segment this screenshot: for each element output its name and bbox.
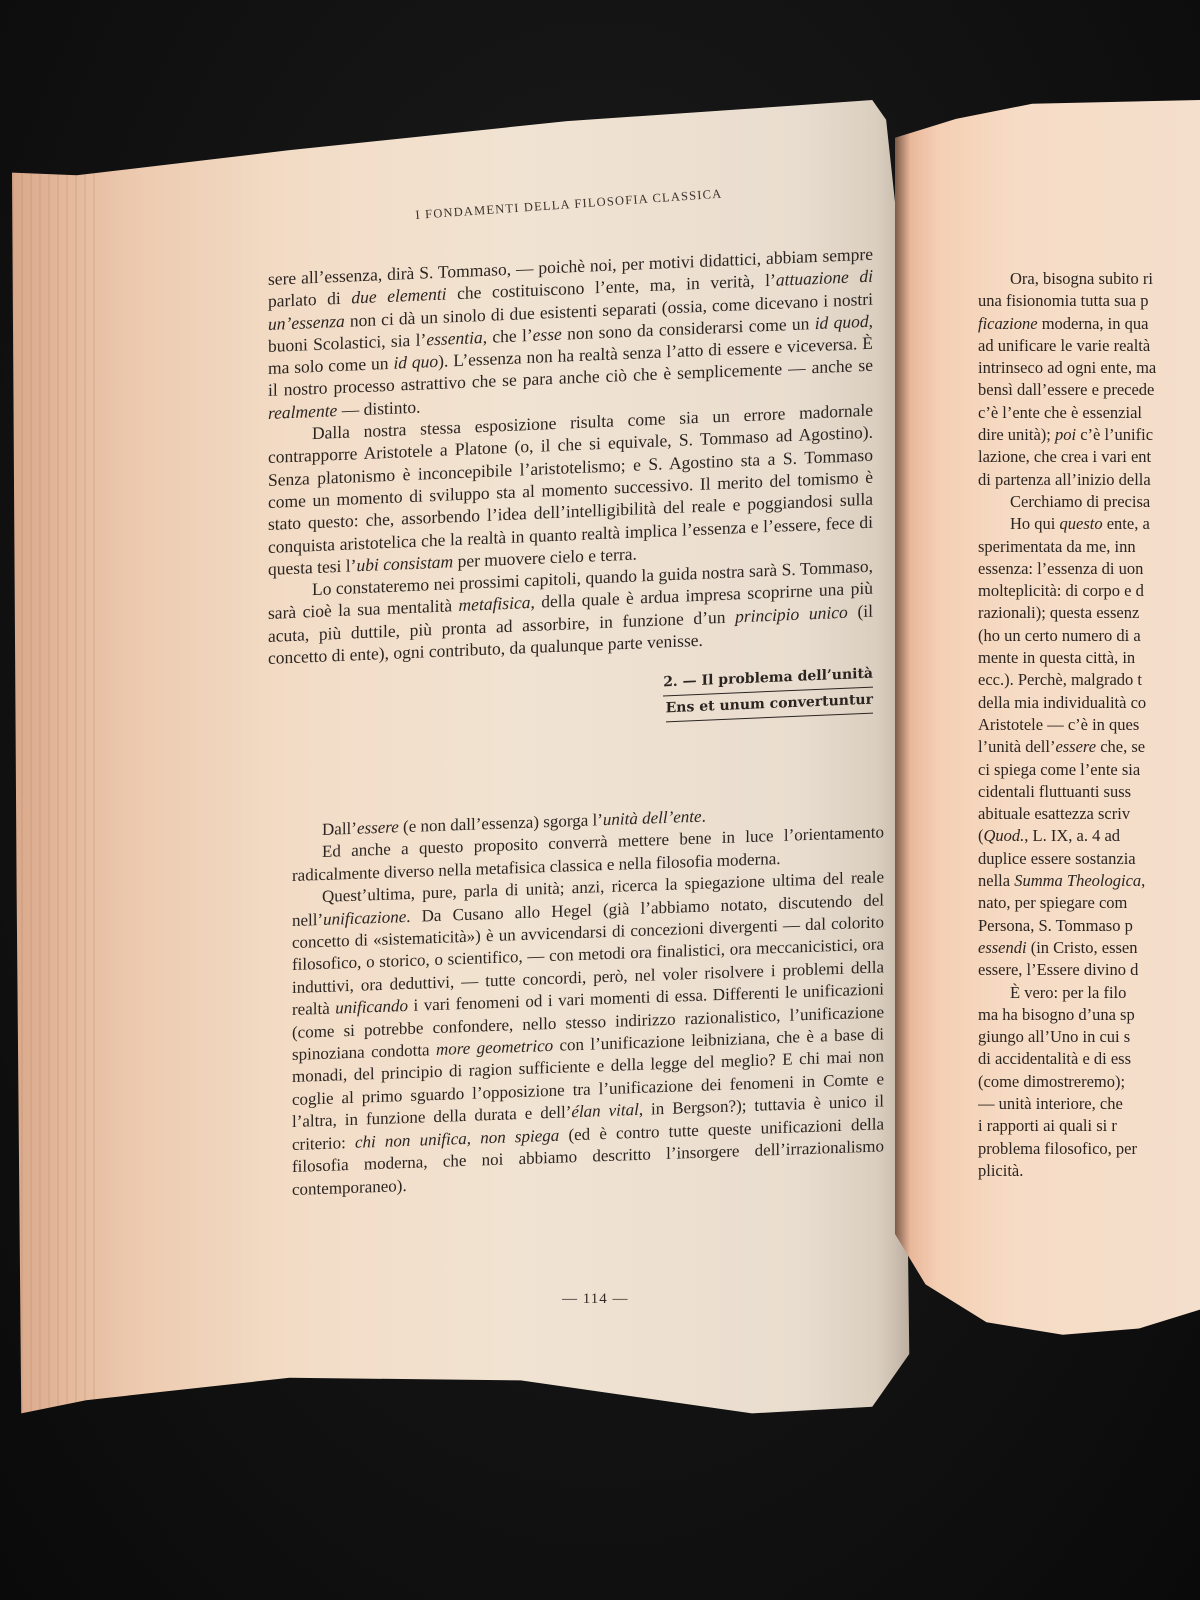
italic-text: essere — [1055, 737, 1096, 756]
text-line: ecc.). Perchè, malgrado t — [978, 669, 1200, 691]
text-line: Ho qui questo ente, a — [978, 513, 1200, 535]
italic-text: Quod. — [984, 826, 1025, 845]
italic-text: id quod — [815, 311, 869, 333]
text-run: razionali); questa essenz — [978, 603, 1139, 622]
text-run: abituale esattezza scriv — [978, 804, 1130, 823]
italic-text: due elementi — [351, 284, 446, 308]
text-run: mente in questa città, in — [978, 648, 1135, 667]
text-line: ma ha bisogno d’una sp — [978, 1004, 1200, 1026]
text-line: i rapporti ai quali si r — [978, 1115, 1200, 1137]
text-run: ma ha bisogno d’una sp — [978, 1005, 1135, 1024]
italic-text: essendi — [978, 938, 1027, 957]
text-line: c’è l’ente che è essenzial — [978, 402, 1200, 424]
text-run: della mia individualità co — [978, 693, 1146, 712]
text-line: ficazione moderna, in qua — [978, 313, 1200, 335]
text-line: — unità interiore, che — [978, 1093, 1200, 1115]
text-line: essendi (in Cristo, essen — [978, 937, 1200, 959]
italic-text: ubi consistam — [356, 551, 453, 575]
text-line: nella Summa Theologica, — [978, 870, 1200, 892]
text-run: essere, l’Essere divino d — [978, 960, 1138, 979]
text-line: della mia individualità co — [978, 692, 1200, 714]
text-run: che, se — [1096, 737, 1145, 756]
text-line: cidentali fluttuanti suss — [978, 781, 1200, 803]
italic-text: id quo — [393, 351, 438, 373]
italic-text: questo — [1060, 514, 1103, 533]
text-line: dire unità); poi c’è l’unific — [978, 424, 1200, 446]
text-run: l’unità dell’ — [978, 737, 1055, 756]
text-line: essenza: l’essenza di uon — [978, 558, 1200, 580]
text-line: essere, l’Essere divino d — [978, 959, 1200, 981]
text-line: abituale esattezza scriv — [978, 803, 1200, 825]
text-line: di accidentalità e di ess — [978, 1048, 1200, 1070]
italic-text: unificazione — [323, 907, 406, 929]
italic-text: essere — [357, 817, 399, 837]
paragraphs-bottom: Dall’essere (e non dall’essenza) sgorga … — [292, 799, 884, 1201]
italic-text: more geometrico — [436, 1036, 553, 1059]
left-page-body-top: sere all’essenza, dirà S. Tommaso, — poi… — [268, 243, 873, 786]
paragraphs-top: sere all’essenza, dirà S. Tommaso, — poi… — [268, 243, 873, 670]
text-run: , L. IX, a. 4 ad — [1024, 826, 1120, 845]
text-line: ad unificare le varie realtà — [978, 335, 1200, 357]
page-number: — 114 — — [562, 1291, 628, 1308]
text-run: essenza: l’essenza di uon — [978, 559, 1143, 578]
italic-text: chi non unifica, non spiega — [355, 1125, 559, 1151]
text-run: molteplicità: di corpo e d — [978, 581, 1144, 600]
text-line: ci spiega come l’ente sia — [978, 759, 1200, 781]
text-line: giungo all’Uno in cui s — [978, 1026, 1200, 1048]
text-line: bensì dall’essere e precede — [978, 379, 1200, 401]
text-run: — unità interiore, che — [978, 1094, 1123, 1113]
text-line: intrinseco ad ogni ente, ma — [978, 357, 1200, 379]
text-run: (ho un certo numero di a — [978, 626, 1141, 645]
text-run: moderna, in qua — [1038, 314, 1149, 333]
text-run: bensì dall’essere e precede — [978, 380, 1154, 399]
text-run: ecc.). Perchè, malgrado t — [978, 670, 1142, 689]
paragraph: Quest’ultima, pure, parla di unità; anzi… — [292, 867, 884, 1201]
text-line: plicità. — [978, 1160, 1200, 1182]
text-run: Ora, bisogna subito ri — [1010, 269, 1153, 288]
text-line: razionali); questa essenz — [978, 602, 1200, 624]
text-run: nato, per spiegare com — [978, 893, 1127, 912]
italic-text: élan vital — [571, 1100, 638, 1121]
italic-text: metafisica — [459, 592, 531, 615]
text-run: Ho qui — [1010, 514, 1060, 533]
text-run: problema filosofico, per — [978, 1139, 1137, 1158]
text-run: (come dimostreremo); — [978, 1072, 1125, 1091]
right-page-body: Ora, bisogna subito riuna fisionomia tut… — [978, 268, 1200, 1182]
italic-text: essentia — [426, 327, 482, 349]
text-run: È vero: per la filo — [1010, 983, 1126, 1002]
text-line: (come dimostreremo); — [978, 1071, 1200, 1093]
text-run: cidentali fluttuanti suss — [978, 782, 1131, 801]
text-run: ci spiega come l’ente sia — [978, 760, 1140, 779]
italic-text: unificando — [335, 996, 408, 1018]
italic-text: esse — [533, 324, 562, 345]
italic-text: unità dell’ente — [603, 807, 702, 829]
text-run: , che l’ — [483, 325, 533, 347]
text-run: c’è l’unific — [1076, 425, 1153, 444]
italic-text: realmente — [268, 400, 337, 423]
text-line: di partenza all’inizio della — [978, 469, 1200, 491]
text-line: Cerchiamo di precisa — [978, 491, 1200, 513]
text-run: di partenza all’inizio della — [978, 470, 1151, 489]
text-line: nato, per spiegare com — [978, 892, 1200, 914]
paragraph: Dalla nostra stessa esposizione risulta … — [268, 399, 873, 580]
text-run: c’è l’ente che è essenzial — [978, 403, 1142, 422]
text-run: Persona, S. Tommaso p — [978, 916, 1133, 935]
text-line: molteplicità: di corpo e d — [978, 580, 1200, 602]
page-stack-edge — [12, 100, 102, 1420]
text-run: una fisionomia tutta sua p — [978, 291, 1148, 310]
left-page-body-bottom: Dall’essere (e non dall’essenza) sgorga … — [292, 799, 884, 1201]
italic-text: poi — [1055, 425, 1076, 444]
text-run: giungo all’Uno in cui s — [978, 1027, 1130, 1046]
text-run: duplice essere sostanzia — [978, 849, 1136, 868]
section-heading: 2. — Il problema dell’unità Ens et unum … — [268, 662, 873, 739]
text-run: di accidentalità e di ess — [978, 1049, 1131, 1068]
text-line: sperimentata da me, inn — [978, 536, 1200, 558]
text-run: lazione, che crea i vari ent — [978, 447, 1151, 466]
text-line: (ho un certo numero di a — [978, 625, 1200, 647]
italic-text: ficazione — [978, 314, 1038, 333]
text-line: problema filosofico, per — [978, 1138, 1200, 1160]
text-run: plicità. — [978, 1161, 1023, 1180]
text-run: Dall’ — [322, 819, 357, 839]
paragraph: sere all’essenza, dirà S. Tommaso, — poi… — [268, 243, 873, 424]
italic-text: principio unico — [735, 601, 848, 626]
text-line: l’unità dell’essere che, se — [978, 736, 1200, 758]
text-line: duplice essere sostanzia — [978, 848, 1200, 870]
text-line: Aristotele — c’è in ques — [978, 714, 1200, 736]
text-run: — distinto. — [337, 396, 420, 419]
text-run: nella — [978, 871, 1014, 890]
text-run: dire unità); — [978, 425, 1055, 444]
text-run: intrinseco ad ogni ente, ma — [978, 358, 1156, 377]
text-line: Persona, S. Tommaso p — [978, 915, 1200, 937]
text-run: Cerchiamo di precisa — [1010, 492, 1150, 511]
text-run: . — [702, 807, 706, 826]
text-line: È vero: per la filo — [978, 982, 1200, 1004]
text-line: (Quod., L. IX, a. 4 ad — [978, 825, 1200, 847]
text-line: lazione, che crea i vari ent — [978, 446, 1200, 468]
text-run: ad unificare le varie realtà — [978, 336, 1150, 355]
text-line: Ora, bisogna subito ri — [978, 268, 1200, 290]
text-run: ente, a — [1103, 514, 1150, 533]
text-run: sperimentata da me, inn — [978, 537, 1136, 556]
text-run: Aristotele — c’è in ques — [978, 715, 1139, 734]
text-line: una fisionomia tutta sua p — [978, 290, 1200, 312]
text-line: mente in questa città, in — [978, 647, 1200, 669]
text-run: (in Cristo, essen — [1027, 938, 1138, 957]
italic-text: Summa Theologica — [1014, 871, 1141, 890]
text-run: , — [1141, 871, 1145, 890]
text-run: i rapporti ai quali si r — [978, 1116, 1117, 1135]
